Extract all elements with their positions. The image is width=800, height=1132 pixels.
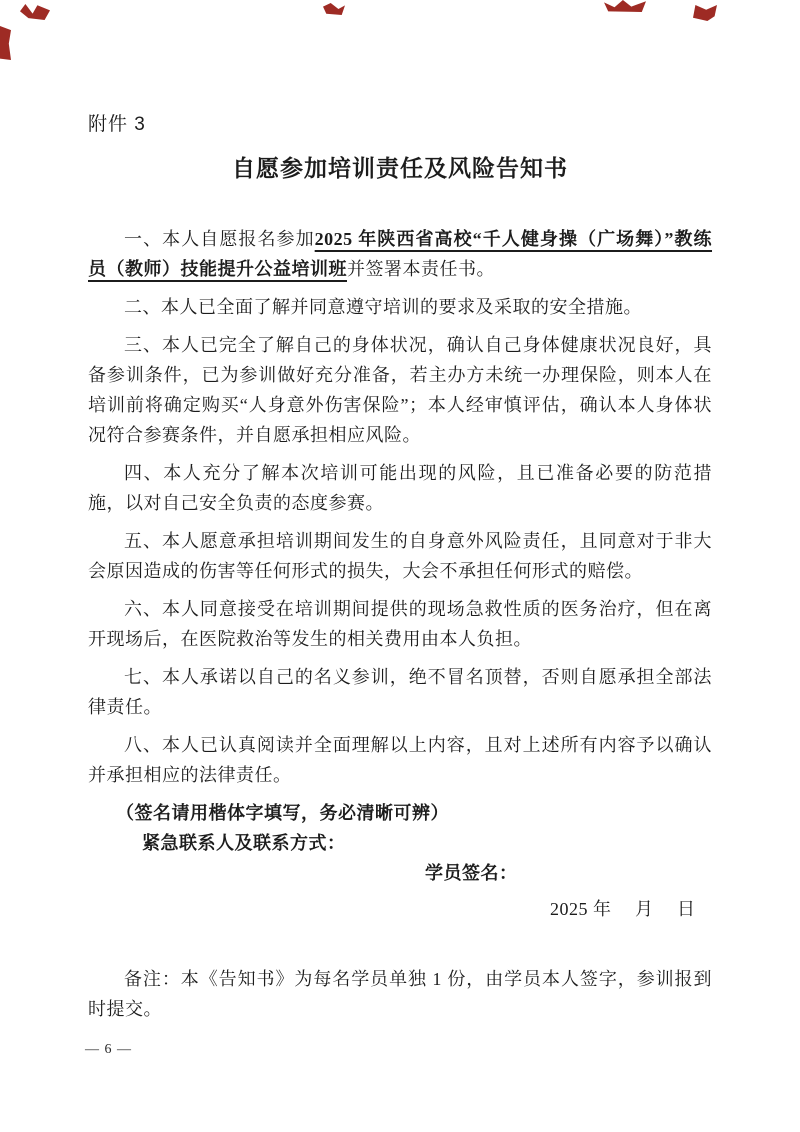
- date-line: 2025 年 月 日: [88, 894, 712, 924]
- paragraph-1-suffix: 并签署本责任书。: [347, 259, 495, 279]
- paragraph-3: 三、本人已完全了解自己的身体状况，确认自己身体健康状况良好，具备参训条件，已为参…: [88, 330, 712, 450]
- remark-paragraph: 备注：本《告知书》为每名学员单独 1 份，由学员本人签字，参训报到时提交。: [88, 964, 712, 1024]
- paragraph-1: 一、本人自愿报名参加2025 年陕西省高校“千人健身操（广场舞）”教练员（教师）…: [88, 224, 712, 284]
- signature-block: （签名请用楷体字填写，务必清晰可辨） 紧急联系人及联系方式： 学员签名： 202…: [88, 798, 712, 924]
- document-content: 附件 3 自愿参加培训责任及风险告知书 一、本人自愿报名参加2025 年陕西省高…: [88, 0, 712, 1042]
- document-page: 附件 3 自愿参加培训责任及风险告知书 一、本人自愿报名参加2025 年陕西省高…: [0, 0, 800, 1132]
- signature-note: （签名请用楷体字填写，务必清晰可辨）: [88, 798, 712, 828]
- document-title: 自愿参加培训责任及风险告知书: [88, 152, 712, 186]
- scan-artifact: [20, 4, 50, 20]
- paragraph-7: 七、本人承诺以自己的名义参训，绝不冒名顶替，否则自愿承担全部法律责任。: [88, 662, 712, 722]
- page-number: — 6 —: [85, 1042, 132, 1058]
- paragraph-1-prefix: 一、本人自愿报名参加: [124, 229, 315, 249]
- attachment-label: 附件 3: [88, 112, 712, 138]
- paragraph-5: 五、本人愿意承担培训期间发生的自身意外风险责任，且同意对于非大会原因造成的伤害等…: [88, 526, 712, 586]
- paragraph-2: 二、本人已全面了解并同意遵守培训的要求及采取的安全措施。: [88, 292, 712, 322]
- scan-artifact: [0, 26, 11, 60]
- document-body: 一、本人自愿报名参加2025 年陕西省高校“千人健身操（广场舞）”教练员（教师）…: [88, 224, 712, 790]
- signee-label-line: 学员签名：: [88, 858, 712, 888]
- emergency-contact-line: 紧急联系人及联系方式：: [88, 828, 712, 858]
- paragraph-6: 六、本人同意接受在培训期间提供的现场急救性质的医务治疗，但在离开现场后，在医院救…: [88, 594, 712, 654]
- paragraph-8: 八、本人已认真阅读并全面理解以上内容，且对上述所有内容予以确认并承担相应的法律责…: [88, 730, 712, 790]
- paragraph-4: 四、本人充分了解本次培训可能出现的风险，且已准备必要的防范措施，以对自己安全负责…: [88, 458, 712, 518]
